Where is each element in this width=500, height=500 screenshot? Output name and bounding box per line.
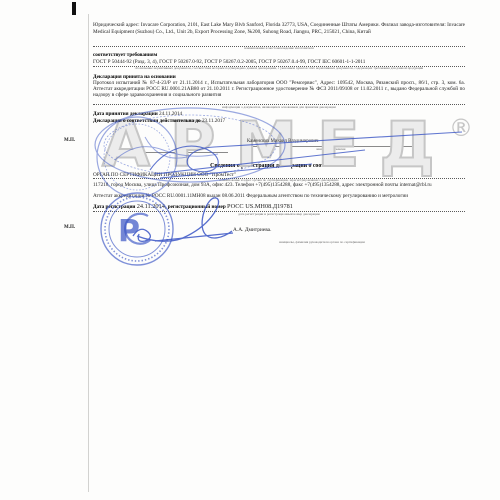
head-caption: инициалы, фамилия руководителя органа по… — [252, 241, 392, 245]
standards-caption: обозначение нормативных документов, соот… — [93, 67, 465, 71]
conforms-label: соответствует требованиям — [93, 52, 157, 59]
document-page: АРМЕД ® Юридический адрес: Invacare Corp… — [0, 0, 500, 500]
basis-text: Протокол испытаний № 87-4-23/Р от 21.11.… — [93, 80, 465, 99]
page-edge-line — [88, 14, 89, 492]
legal-address-caption: наименование и местонахождение изготовит… — [93, 47, 465, 51]
stamp-place-abbr: М.П. — [64, 138, 75, 143]
stamp-place-abbr: М.П. — [64, 225, 75, 230]
signature-ink — [130, 124, 470, 180]
standards-text: ГОСТ Р 50444-92 (Разд. 3, 4), ГОСТ Р 502… — [93, 59, 465, 66]
head-signature-ink — [125, 192, 260, 254]
legal-address-text: Юридический адрес: Invacare Corporation,… — [93, 22, 465, 35]
scan-mark — [72, 2, 76, 15]
